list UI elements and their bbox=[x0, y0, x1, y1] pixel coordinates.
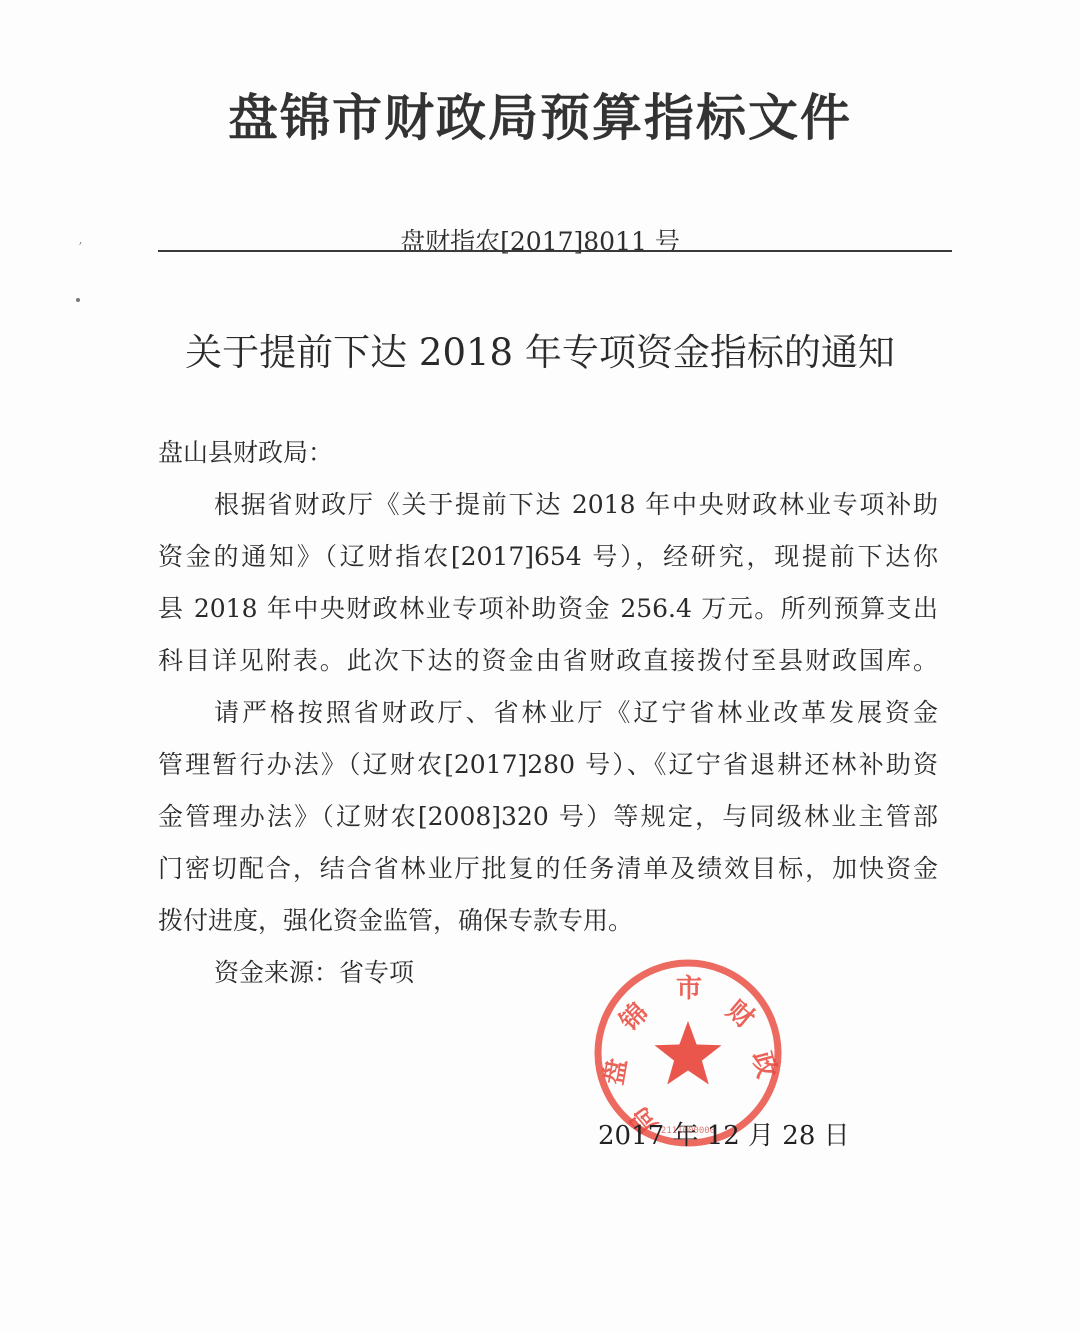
paragraph-line: 拨付进度，强化资金监管，确保专款专用。 bbox=[158, 895, 938, 947]
paragraph-line: 根据省财政厅《关于提前下达 2018 年中央财政林业专项补助 bbox=[158, 479, 938, 531]
svg-text:财: 财 bbox=[721, 995, 760, 1035]
svg-text:锦: 锦 bbox=[614, 997, 654, 1037]
paragraph-line: 门密切配合，结合省林业厅批复的任务清单及绩效目标，加快资金 bbox=[158, 843, 938, 895]
notice-title: 关于提前下达 2018 年专项资金指标的通知 bbox=[0, 322, 1080, 376]
salutation: 盘山县财政局： bbox=[158, 427, 938, 479]
paragraph-line: 科目详见附表。此次下达的资金由省财政直接拨付至县财政国库。 bbox=[158, 635, 938, 687]
funding-source: 资金来源：省专项 bbox=[158, 947, 938, 999]
paragraph-line: 管理暂行办法》（辽财农[2017]280 号）、《辽宁省退耕还林补助资 bbox=[158, 739, 938, 791]
issue-date: 2017 年 12 月 28 日 bbox=[598, 1115, 850, 1152]
svg-text:市: 市 bbox=[676, 974, 702, 1004]
svg-text:盘: 盘 bbox=[598, 1056, 633, 1087]
paragraph-1: 根据省财政厅《关于提前下达 2018 年中央财政林业专项补助 资金的通知》（辽财… bbox=[158, 479, 938, 687]
header-divider bbox=[158, 250, 952, 252]
paragraph-line: 请严格按照省财政厅、省林业厅《辽宁省林业改革发展资金 bbox=[158, 687, 938, 739]
document-number: 盘财指农[2017]8011 号 bbox=[0, 222, 1080, 258]
scan-dot bbox=[76, 298, 80, 302]
document-body: 盘山县财政局： 根据省财政厅《关于提前下达 2018 年中央财政林业专项补助 资… bbox=[158, 427, 938, 999]
paragraph-line: 县 2018 年中央财政林业专项补助资金 256.4 万元。所列预算支出 bbox=[158, 583, 938, 635]
document-header-title: 盘锦市财政局预算指标文件 bbox=[0, 78, 1080, 150]
funding-source-line: 资金来源：省专项 bbox=[158, 947, 938, 999]
paragraph-2: 请严格按照省财政厅、省林业厅《辽宁省林业改革发展资金 管理暂行办法》（辽财农[2… bbox=[158, 687, 938, 947]
star-icon bbox=[655, 1021, 722, 1085]
paragraph-line: 资金的通知》（辽财指农[2017]654 号），经研究，现提前下达你 bbox=[158, 531, 938, 583]
paragraph-line: 金管理办法》（辽财农[2008]320 号）等规定，与同级林业主管部 bbox=[158, 791, 938, 843]
